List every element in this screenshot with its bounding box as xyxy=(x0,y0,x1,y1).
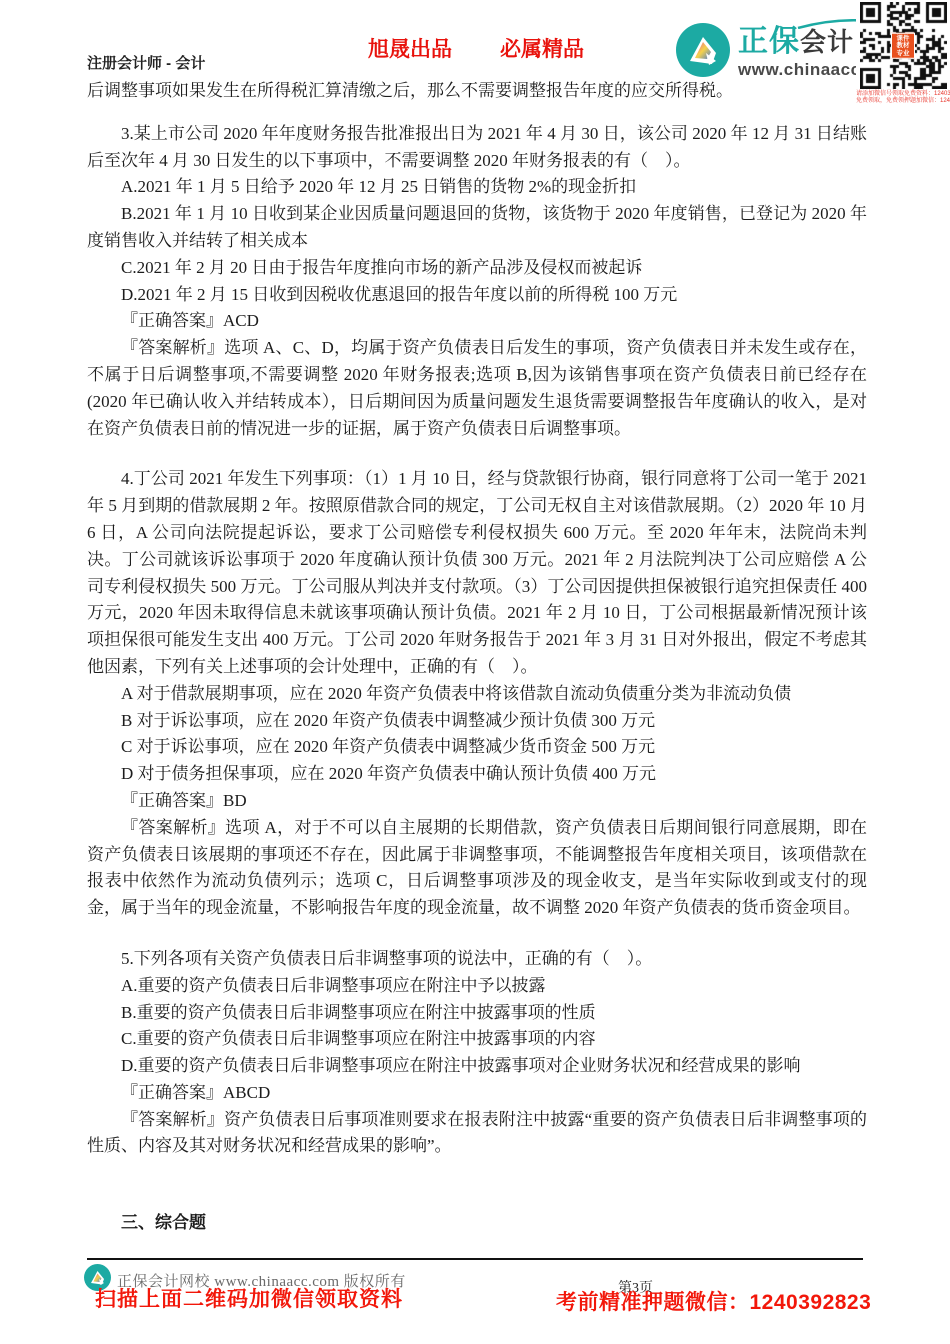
answer-line: 『正确答案』ABCD xyxy=(87,1080,867,1107)
analysis: 『答案解析』选项 A，对于不可以自主展期的长期借款，资产负债表日后期间银行同意展… xyxy=(87,815,867,922)
footer-promo-right: 考前精准押题微信：1240392823 xyxy=(556,1286,871,1316)
brand-logo-icon xyxy=(676,23,730,82)
option: B.2021 年 1 月 10 日收到某企业因质量问题退回的货物，该货物于 20… xyxy=(87,201,867,255)
qr-code: 课件 教材 专业 xyxy=(860,2,947,89)
answer-line: 『正确答案』ACD xyxy=(87,308,867,335)
question: 3.某上市公司 2020 年年度财务报告批准报出日为 2021 年 4 月 30… xyxy=(87,121,867,175)
option: C.重要的资产负债表日后非调整事项应在附注中披露事项的内容 xyxy=(87,1026,867,1053)
option: B 对于诉讼事项，应在 2020 年资产负债表中调整减少预计负债 300 万元 xyxy=(87,708,867,735)
brand-name-teal: 正保 xyxy=(738,27,800,57)
qr-caption-line1: 请添加微信号领取免费资料：1240392823 xyxy=(856,91,950,98)
qr-center-badge: 课件 教材 专业 xyxy=(891,32,915,59)
course-label: 注册会计师 - 会计 xyxy=(87,52,205,73)
document-page: 旭晟出品 必属精品 正保 会计网校 xyxy=(0,0,950,1344)
paragraph: 后调整事项如果发生在所得税汇算清缴之后，那么不需要调整报告年度的应交所得税。 xyxy=(87,78,867,105)
footer-divider xyxy=(87,1258,863,1260)
option: C 对于诉讼事项，应在 2020 年资产负债表中调整减少货币资金 500 万元 xyxy=(87,734,867,761)
header-slogans: 旭晟出品 必属精品 xyxy=(368,33,584,63)
option: A.2021 年 1 月 5 日给予 2020 年 12 月 25 日销售的货物… xyxy=(87,174,867,201)
analysis: 『答案解析』选项 A、C、D，均属于资产负债表日后发生的事项，资产负债表日并未发… xyxy=(87,335,867,442)
slogan-left: 旭晟出品 xyxy=(368,33,452,63)
question: 4.丁公司 2021 年发生下列事项：（1）1 月 10 日，经与贷款银行协商，… xyxy=(87,466,867,680)
option: B.重要的资产负债表日后非调整事项应在附注中披露事项的性质 xyxy=(87,1000,867,1027)
option: A.重要的资产负债表日后非调整事项应在附注中予以披露 xyxy=(87,973,867,1000)
option: D.2021 年 2 月 15 日收到因税收优惠退回的报告年度以前的所得税 10… xyxy=(87,282,867,309)
qr-block: 课件 教材 专业 请添加微信号领取免费资料：1240392823 免费领取，免费… xyxy=(856,2,950,105)
option: C.2021 年 2 月 20 日由于报告年度推向市场的新产品涉及侵权而被起诉 xyxy=(87,255,867,282)
slogan-right: 必属精品 xyxy=(500,33,584,63)
option: D 对于债务担保事项，应在 2020 年资产负债表中确认预计负债 400 万元 xyxy=(87,761,867,788)
option: A 对于借款展期事项，应在 2020 年资产负债表中将该借款自流动负债重分类为非… xyxy=(87,681,867,708)
section-heading: 三、综合题 xyxy=(87,1210,867,1237)
qr-captions: 请添加微信号领取免费资料：1240392823 免费领取，免费领押题加微信：12… xyxy=(856,91,950,105)
question: 5.下列各项有关资产负债表日后非调整事项的说法中，正确的有（ ）。 xyxy=(87,946,867,973)
analysis: 『答案解析』资产负债表日后事项准则要求在报表附注中披露“重要的资产负债表日后非调… xyxy=(87,1107,867,1161)
document-body: 后调整事项如果发生在所得税汇算清缴之后，那么不需要调整报告年度的应交所得税。3.… xyxy=(87,78,867,1237)
footer-promo-left: 扫描上面二维码加微信领取资料 xyxy=(95,1283,403,1313)
answer-line: 『正确答案』BD xyxy=(87,788,867,815)
option: D.重要的资产负债表日后非调整事项应在附注中披露事项对企业财务状况和经营成果的影… xyxy=(87,1053,867,1080)
qr-caption-line2: 免费领取，免费领押题加微信：1240392823 xyxy=(856,98,950,105)
